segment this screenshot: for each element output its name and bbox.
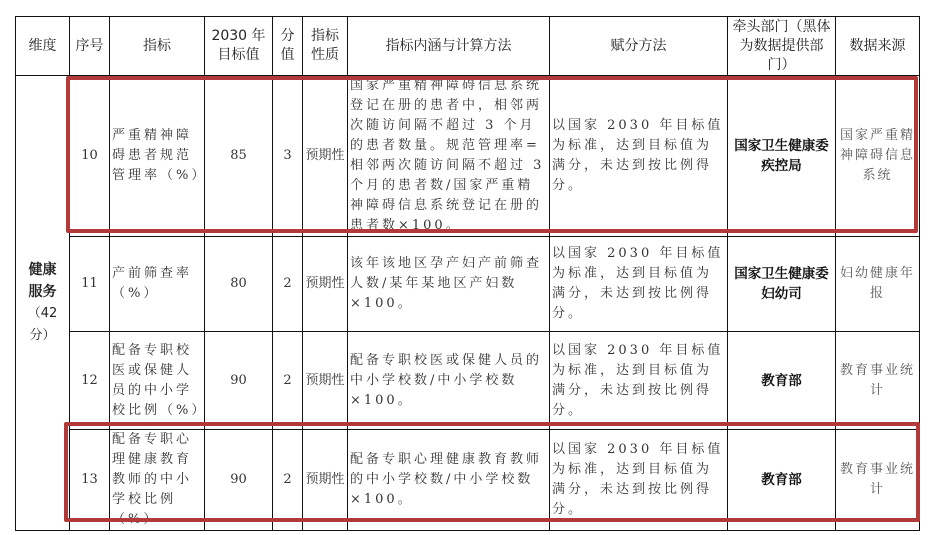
nature-cell: 预期性: [303, 76, 348, 237]
header-seq: 序号: [70, 17, 110, 76]
lead-dept-cell: 国家卫生健康委疾控局: [728, 76, 836, 237]
seq-cell: 12: [70, 332, 110, 430]
header-scoring-method: 赋分方法: [550, 17, 728, 76]
table-row: 11 产前筛查率（%） 80 2 预期性 该年该地区孕产妇产前筛查人数/某年某地…: [16, 237, 920, 332]
target-cell: 90: [205, 430, 273, 531]
dimension-points: （42 分）: [18, 303, 67, 347]
indicator-table: 维度 序号 指标 2030 年目标值 分值 指标性质 指标内涵与计算方法 赋分方…: [15, 16, 920, 531]
lead-dept-cell: 教育部: [728, 332, 836, 430]
target-cell: 85: [205, 76, 273, 237]
scoring-method-cell: 以国家 2030 年目标值为标准，达到目标值为满分，未达到按比例得分。: [550, 237, 728, 332]
header-definition: 指标内涵与计算方法: [348, 17, 550, 76]
seq-cell: 13: [70, 430, 110, 531]
header-data-source: 数据来源: [836, 17, 920, 76]
dimension-cell: 健康服务 （42 分）: [16, 76, 70, 531]
header-nature: 指标性质: [303, 17, 348, 76]
score-cell: 2: [273, 237, 303, 332]
table-row: 健康服务 （42 分） 10 严重精神障碍患者规范管理率（%） 85 3 预期性…: [16, 76, 920, 237]
scoring-method-cell: 以国家 2030 年目标值为标准，达到目标值为满分，未达到按比例得分。: [550, 76, 728, 237]
header-row: 维度 序号 指标 2030 年目标值 分值 指标性质 指标内涵与计算方法 赋分方…: [16, 17, 920, 76]
indicator-cell: 严重精神障碍患者规范管理率（%）: [110, 76, 205, 237]
target-cell: 90: [205, 332, 273, 430]
lead-dept-cell: 国家卫生健康委妇幼司: [728, 237, 836, 332]
score-cell: 3: [273, 76, 303, 237]
definition-cell: 该年该地区孕产妇产前筛查人数/某年某地区产妇数×100。: [348, 237, 550, 332]
nature-cell: 预期性: [303, 332, 348, 430]
indicator-cell: 配备专职校医或保健人员的中小学校比例（%）: [110, 332, 205, 430]
definition-cell: 配备专职校医或保健人员的中小学校数/中小学校数×100。: [348, 332, 550, 430]
data-source-cell: 国家严重精神障碍信息系统: [836, 76, 920, 237]
header-target: 2030 年目标值: [205, 17, 273, 76]
seq-cell: 11: [70, 237, 110, 332]
data-source-cell: 妇幼健康年报: [836, 237, 920, 332]
lead-dept-cell: 教育部: [728, 430, 836, 531]
table-row: 13 配备专职心理健康教育教师的中小学校比例（%） 90 2 预期性 配备专职心…: [16, 430, 920, 531]
definition-cell: 配备专职心理健康教育教师的中小学校数/中小学校数×100。: [348, 430, 550, 531]
target-cell: 80: [205, 237, 273, 332]
indicator-cell: 产前筛查率（%）: [110, 237, 205, 332]
header-score: 分值: [273, 17, 303, 76]
scoring-method-cell: 以国家 2030 年目标值为标准，达到目标值为满分，未达到按比例得分。: [550, 430, 728, 531]
nature-cell: 预期性: [303, 430, 348, 531]
header-dimension: 维度: [16, 17, 70, 76]
data-source-cell: 教育事业统计: [836, 430, 920, 531]
scoring-method-cell: 以国家 2030 年目标值为标准，达到目标值为满分，未达到按比例得分。: [550, 332, 728, 430]
data-source-cell: 教育事业统计: [836, 332, 920, 430]
header-lead-dept: 牵头部门（黑体为数据提供部门）: [728, 17, 836, 76]
indicator-cell: 配备专职心理健康教育教师的中小学校比例（%）: [110, 430, 205, 531]
seq-cell: 10: [70, 76, 110, 237]
header-indicator: 指标: [110, 17, 205, 76]
nature-cell: 预期性: [303, 237, 348, 332]
definition-cell: 国家严重精神障碍信息系统登记在册的患者中，相邻两次随访间隔不超过 3 个月的患者…: [348, 76, 550, 237]
dimension-label: 健康服务: [23, 259, 63, 303]
table-row: 12 配备专职校医或保健人员的中小学校比例（%） 90 2 预期性 配备专职校医…: [16, 332, 920, 430]
score-cell: 2: [273, 430, 303, 531]
score-cell: 2: [273, 332, 303, 430]
